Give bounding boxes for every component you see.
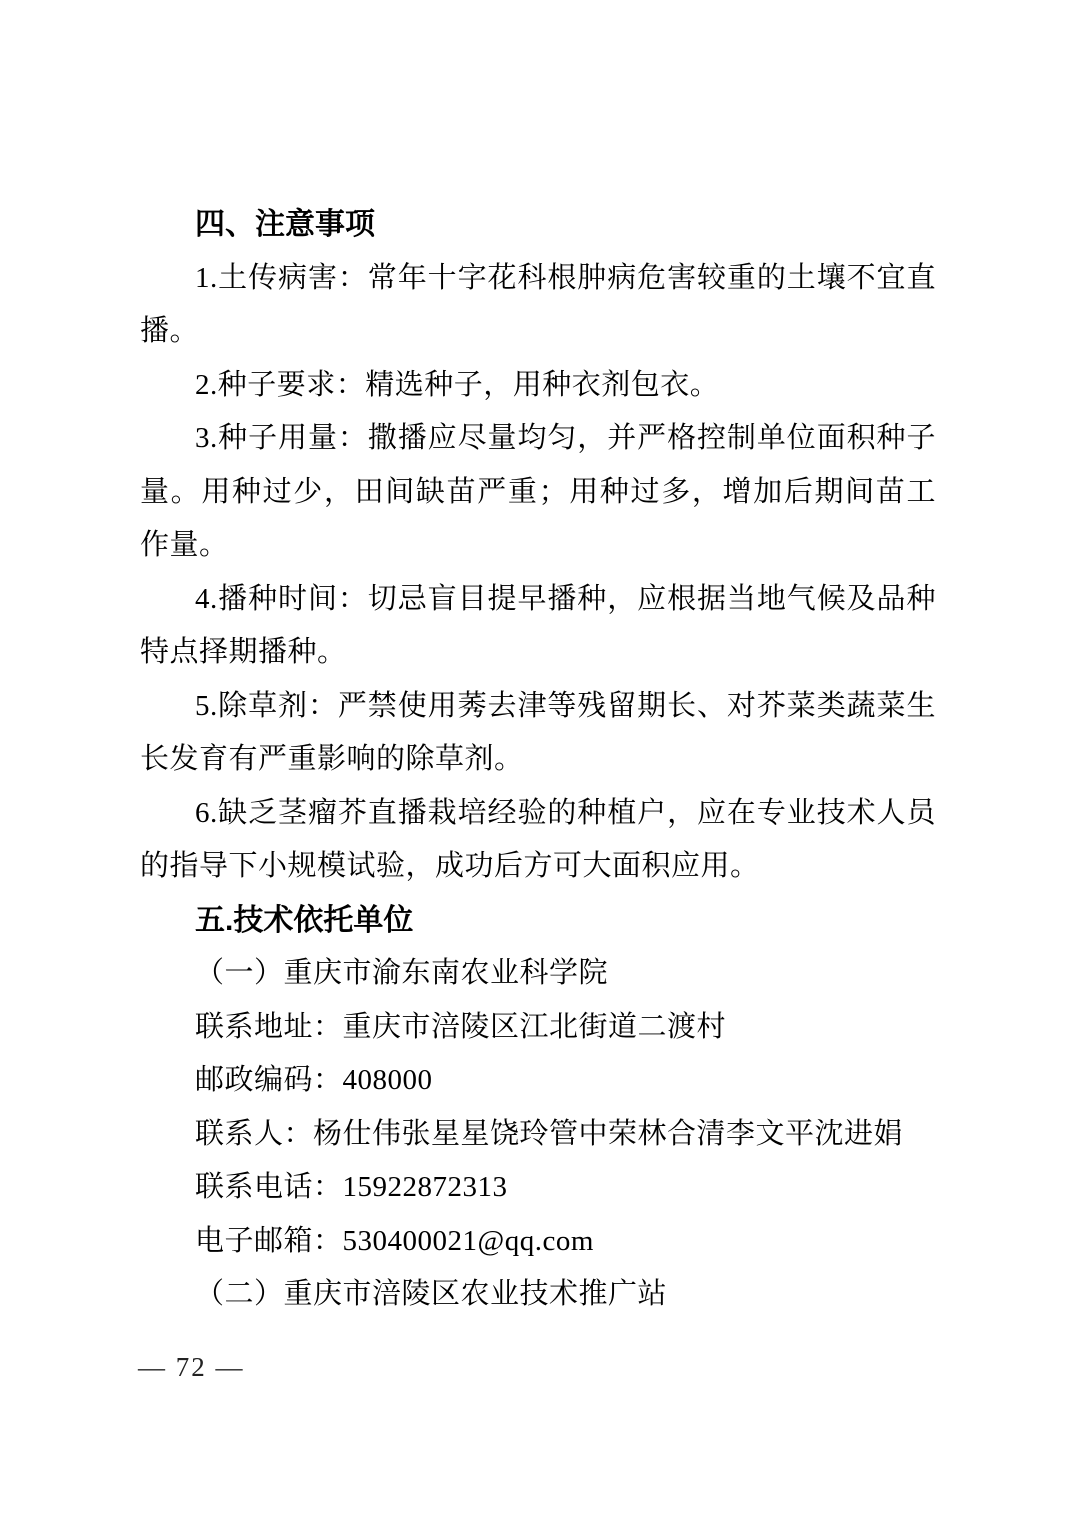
paragraph-seed-amount: 3.种子用量：撒播应尽量均匀，并严格控制单位面积种子量。用种过少，田间缺苗严重；…: [140, 412, 936, 573]
paragraph-seed-requirement: 2.种子要求：精选种子，用种衣剂包衣。: [140, 359, 936, 413]
unit-1-email: 电子邮箱：530400021@qq.com: [140, 1215, 936, 1269]
paragraph-herbicide: 5.除草剂：严禁使用莠去津等残留期长、对芥菜类蔬菜生长发育有严重影响的除草剂。: [140, 680, 936, 787]
unit-1-phone: 联系电话：15922872313: [140, 1161, 936, 1215]
unit-1-address: 联系地址：重庆市涪陵区江北街道二渡村: [140, 1001, 936, 1055]
section-5-heading: 五.技术依托单位: [140, 894, 936, 948]
paragraph-soil-disease: 1.土传病害：常年十字花科根肿病危害较重的土壤不宜直播。: [140, 252, 936, 359]
document-page: 四、注意事项 1.土传病害：常年十字花科根肿病危害较重的土壤不宜直播。 2.种子…: [0, 0, 1074, 1520]
page-number: — 72 —: [138, 1347, 245, 1387]
document-content: 四、注意事项 1.土传病害：常年十字花科根肿病危害较重的土壤不宜直播。 2.种子…: [140, 198, 936, 1322]
unit-2-title: （二）重庆市涪陵区农业技术推广站: [140, 1268, 936, 1322]
paragraph-inexperienced-growers: 6.缺乏茎瘤芥直播栽培经验的种植户，应在专业技术人员的指导下小规模试验，成功后方…: [140, 787, 936, 894]
unit-1-postal-code: 邮政编码：408000: [140, 1054, 936, 1108]
unit-1-contacts: 联系人：杨仕伟张星星饶玲管中荣林合清李文平沈进娟: [140, 1108, 936, 1162]
unit-1-title: （一）重庆市渝东南农业科学院: [140, 947, 936, 1001]
paragraph-sowing-time: 4.播种时间：切忌盲目提早播种，应根据当地气候及品种特点择期播种。: [140, 573, 936, 680]
section-4-heading: 四、注意事项: [140, 198, 936, 252]
